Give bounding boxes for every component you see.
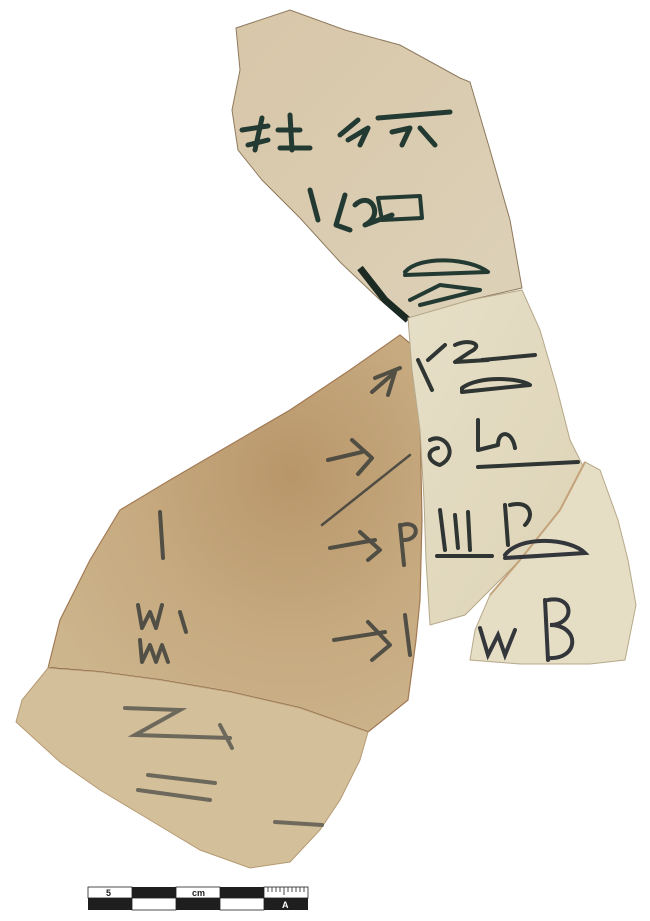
fragment-top bbox=[232, 10, 522, 320]
scale-label-cm: cm bbox=[192, 888, 205, 898]
scale-label-5: 5 bbox=[106, 888, 111, 898]
scale-bar: 5 cm A bbox=[88, 887, 308, 910]
scale-label-a: A bbox=[282, 900, 289, 910]
ostracon-photo: 5 cm A bbox=[0, 0, 650, 921]
